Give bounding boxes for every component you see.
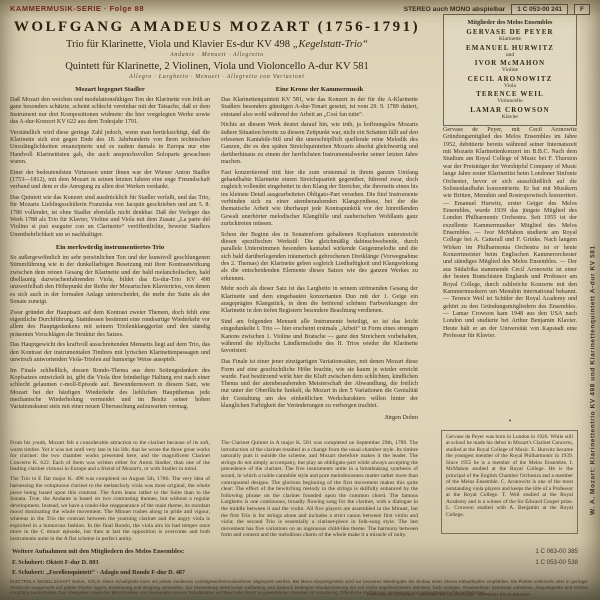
liner-notes-column-middle: Eine Krone der Kammermusik Das Klarinett… [221, 86, 418, 436]
work1-main: Trio für Klarinette, Viola und Klavier E… [66, 39, 290, 50]
body-paragraph: Zwar gründet der Hauptsatz auf dem Kontr… [10, 310, 210, 339]
performers-box: Mitglieder des Melos Ensembles GERVASE D… [443, 14, 577, 126]
performer-name: CECIL ARONOWITZ [446, 75, 574, 83]
author-signature: Jürgen Dohm [221, 414, 418, 421]
divider-bullet: • [443, 417, 577, 425]
body-paragraph: Nichts an diesem Werk deutet darauf hin,… [221, 122, 418, 166]
stereo-mono-label: STEREO auch MONO abspielbar [404, 6, 506, 13]
body-paragraph: The Clarinet Quintet in A major K. 581 w… [221, 440, 418, 539]
body-paragraph: So außergewöhnlich im sehr persönlichen … [10, 255, 210, 306]
album-back-cover: KAMMERMUSIK-SERIE · Folge 88 STEREO auch… [0, 0, 600, 600]
performer-bios-english-box: Gervase de Peyer was born in London in 1… [441, 430, 578, 534]
english-notes-middle: The Clarinet Quintet in A major K. 581 w… [221, 440, 418, 544]
body-paragraph: Das Quintett wie das Konzert sind ausdrü… [10, 195, 210, 239]
performer-name: GERVASE DE PEYER [446, 28, 574, 36]
related-catalog-numbers: 1 C 063-00 385 1 C 053-00 538 [535, 546, 578, 568]
performer-name: LAMAR CROWSON [446, 106, 574, 114]
section-heading-trio: Ein merkwürdig instrumentiertes Trio [10, 244, 210, 252]
performer-name: EMANUEL HURWITZ [446, 44, 574, 52]
body-paragraph: Sind am folgenden Menuett alle Instrumen… [221, 319, 418, 356]
english-notes-left: From his youth, Mozart felt a considerab… [10, 440, 210, 544]
section-heading-stadler: Mozart begegnet Stadler [10, 86, 210, 94]
work1-title: Trio für Klarinette, Viola und Klavier E… [0, 39, 434, 50]
body-paragraph: Das Finale ist einer jener einzigartigen… [221, 359, 418, 410]
work1-nickname: „Kegelstatt-Trio“ [293, 39, 368, 50]
body-paragraph: Verständlich wird diese geringe Zahl jed… [10, 130, 210, 167]
body-paragraph: Fast konzertierend tritt hier die zum er… [221, 170, 418, 229]
body-paragraph: Das Klarinettenquintett KV 581, wie das … [221, 97, 418, 119]
performer-bios-german: Gervase de Peyer, mit Cecil Aronowitz Gr… [443, 127, 577, 415]
body-paragraph: Einer der bedeutendsten Virtuosen unter … [10, 170, 210, 192]
performer-role: Violine [446, 67, 574, 73]
catalog-number: 1 C 053-00 538 [535, 557, 578, 568]
body-paragraph: Mehr noch als dieser Satz ist das Larghe… [221, 286, 418, 315]
performer-name: IVOR McMAHON [446, 59, 574, 67]
title-block: WOLFGANG AMADEUS MOZART (1756-1791) Trio… [0, 19, 434, 80]
work2-title: Quintett für Klarinette, 2 Violinen, Vio… [0, 61, 434, 72]
performer-role: Viola [446, 83, 574, 89]
body-paragraph: Daß Mozart den weichen und modulationsfä… [10, 97, 210, 126]
more-recordings-heading: Weitere Aufnahmen mit den Mitgliedern de… [12, 548, 184, 555]
series-title: KAMMERMUSIK-SERIE · Folge 88 [10, 4, 144, 13]
body-paragraph: Schon der Beginn des in Sonatenform geha… [221, 232, 418, 283]
printed-in-notice: PRINTED IN GERMANY · IMPRIMÉ EN ALLEMAGN… [367, 592, 530, 597]
section-heading-quintett: Eine Krone der Kammermusik [221, 86, 418, 94]
performer-role: und [446, 52, 574, 58]
work2-movements: Allegro · Larghetto · Menuett · Allegret… [0, 74, 434, 80]
body-paragraph: Im Finale schließlich, dessen Rondo-Them… [10, 368, 210, 412]
performer-name: TERENCE WEIL [446, 90, 574, 98]
body-paragraph: The Trio in E flat major K. 498 was comp… [10, 476, 210, 542]
liner-notes-column-left: Mozart begegnet Stadler Daß Mozart den w… [10, 86, 210, 436]
performer-role: Klavier [446, 114, 574, 120]
catalog-number: 1 C 063-00 385 [535, 546, 578, 557]
recording-listing: F. Schubert: „Forellenquintett“ · Adagio… [12, 569, 185, 576]
body-paragraph: From his youth, Mozart felt a considerab… [10, 440, 210, 473]
performers-heading: Mitglieder des Melos Ensembles [446, 19, 574, 26]
work1-movements: Andante · Menuett · Allegretto [0, 52, 434, 58]
performer-role: Violoncello [446, 98, 574, 104]
recording-listing: F. Schubert: Oktett F-dur D. 803 [12, 559, 98, 566]
composer-title: WOLFGANG AMADEUS MOZART (1756-1791) [0, 19, 434, 36]
body-paragraph: Das Hauptgewicht des kraftvoll ausschrei… [10, 342, 210, 364]
performer-role: Klarinette [446, 36, 574, 42]
spine-title: W. A. Mozart: Klarinettentrio KV 498 und… [587, 190, 599, 570]
